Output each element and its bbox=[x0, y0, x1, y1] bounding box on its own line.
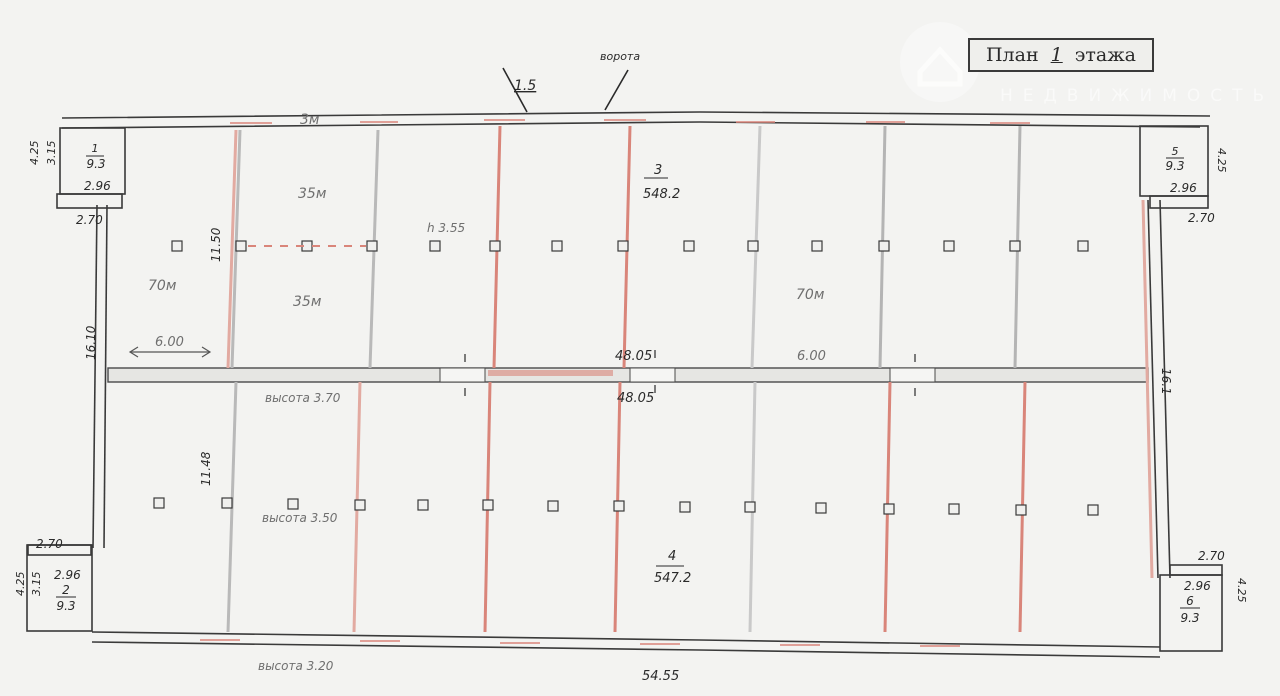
room-2-offset: 2.70 bbox=[36, 537, 63, 551]
room-1-width: 2.96 bbox=[84, 179, 111, 193]
label-length-bottom: 48.05 bbox=[617, 391, 654, 406]
floor-plan-sheet: НЕДВИЖИМОСТЬ План 1 этажа bbox=[0, 0, 1280, 696]
room-5-offset: 2.70 bbox=[1188, 211, 1215, 225]
room-1-inner-height: 3.15 bbox=[45, 141, 58, 166]
label-height-mid: высота 3.70 bbox=[265, 391, 341, 405]
label-area-35-bottom: 35м bbox=[293, 294, 322, 310]
floor-plan-drawing: 3м 1.5 ворота 1 9.3 2.96 2.70 4.25 3.15 … bbox=[0, 0, 1280, 696]
room-2-area: 9.3 bbox=[56, 599, 75, 613]
label-length-top: 48.05 bbox=[615, 349, 652, 364]
label-area-70-left: 70м bbox=[148, 278, 177, 294]
room-3-area: 548.2 bbox=[643, 187, 680, 202]
label-left-height: 16.10 bbox=[84, 325, 98, 360]
columns-upper-row bbox=[172, 241, 1088, 251]
label-height-upper: h 3.55 bbox=[427, 221, 465, 235]
room-2-id: 2 bbox=[62, 583, 70, 597]
room-2-width: 2.96 bbox=[54, 568, 81, 582]
central-partition bbox=[108, 368, 1148, 382]
room-4-id: 4 bbox=[668, 549, 676, 564]
room-1-outer-height: 4.25 bbox=[28, 141, 41, 166]
label-height-bottom: высота 3.20 bbox=[258, 659, 334, 673]
label-total-length: 54.55 bbox=[642, 669, 679, 684]
room-5-outer-height: 4.25 bbox=[1215, 148, 1228, 173]
label-dim-1150: 11.50 bbox=[209, 227, 223, 262]
room-4-area: 547.2 bbox=[654, 571, 691, 586]
label-dim-1148: 11.48 bbox=[199, 451, 213, 486]
room-1-offset: 2.70 bbox=[76, 213, 103, 227]
room-6-offset: 2.70 bbox=[1198, 549, 1225, 563]
room-6-id: 6 bbox=[1186, 594, 1194, 608]
room-6-width: 2.96 bbox=[1184, 579, 1211, 593]
room-1-id: 1 bbox=[92, 142, 99, 155]
room-5-area: 9.3 bbox=[1165, 159, 1184, 173]
room-2-inner-height: 3.15 bbox=[30, 572, 43, 597]
room-1-area: 9.3 bbox=[86, 157, 105, 171]
room-2-outer-height: 4.25 bbox=[14, 572, 27, 597]
label-area-35-top: 35м bbox=[298, 186, 327, 202]
label-3m: 3м bbox=[300, 112, 320, 128]
label-1-5: 1.5 bbox=[514, 78, 536, 94]
label-height-lower: высота 3.50 bbox=[262, 511, 338, 525]
label-right-height: 16.1 bbox=[1159, 368, 1173, 395]
label-gate: ворота bbox=[600, 50, 640, 63]
room-6-area: 9.3 bbox=[1180, 611, 1199, 625]
label-span-right: 6.00 bbox=[797, 349, 826, 364]
room-6-outer-height: 4.25 bbox=[1235, 578, 1248, 603]
room-5-id: 5 bbox=[1172, 145, 1179, 158]
room-5-width: 2.96 bbox=[1170, 181, 1197, 195]
label-area-70-right: 70м bbox=[796, 287, 825, 303]
label-span-left: 6.00 bbox=[155, 335, 184, 350]
room-3-id: 3 bbox=[654, 163, 662, 178]
